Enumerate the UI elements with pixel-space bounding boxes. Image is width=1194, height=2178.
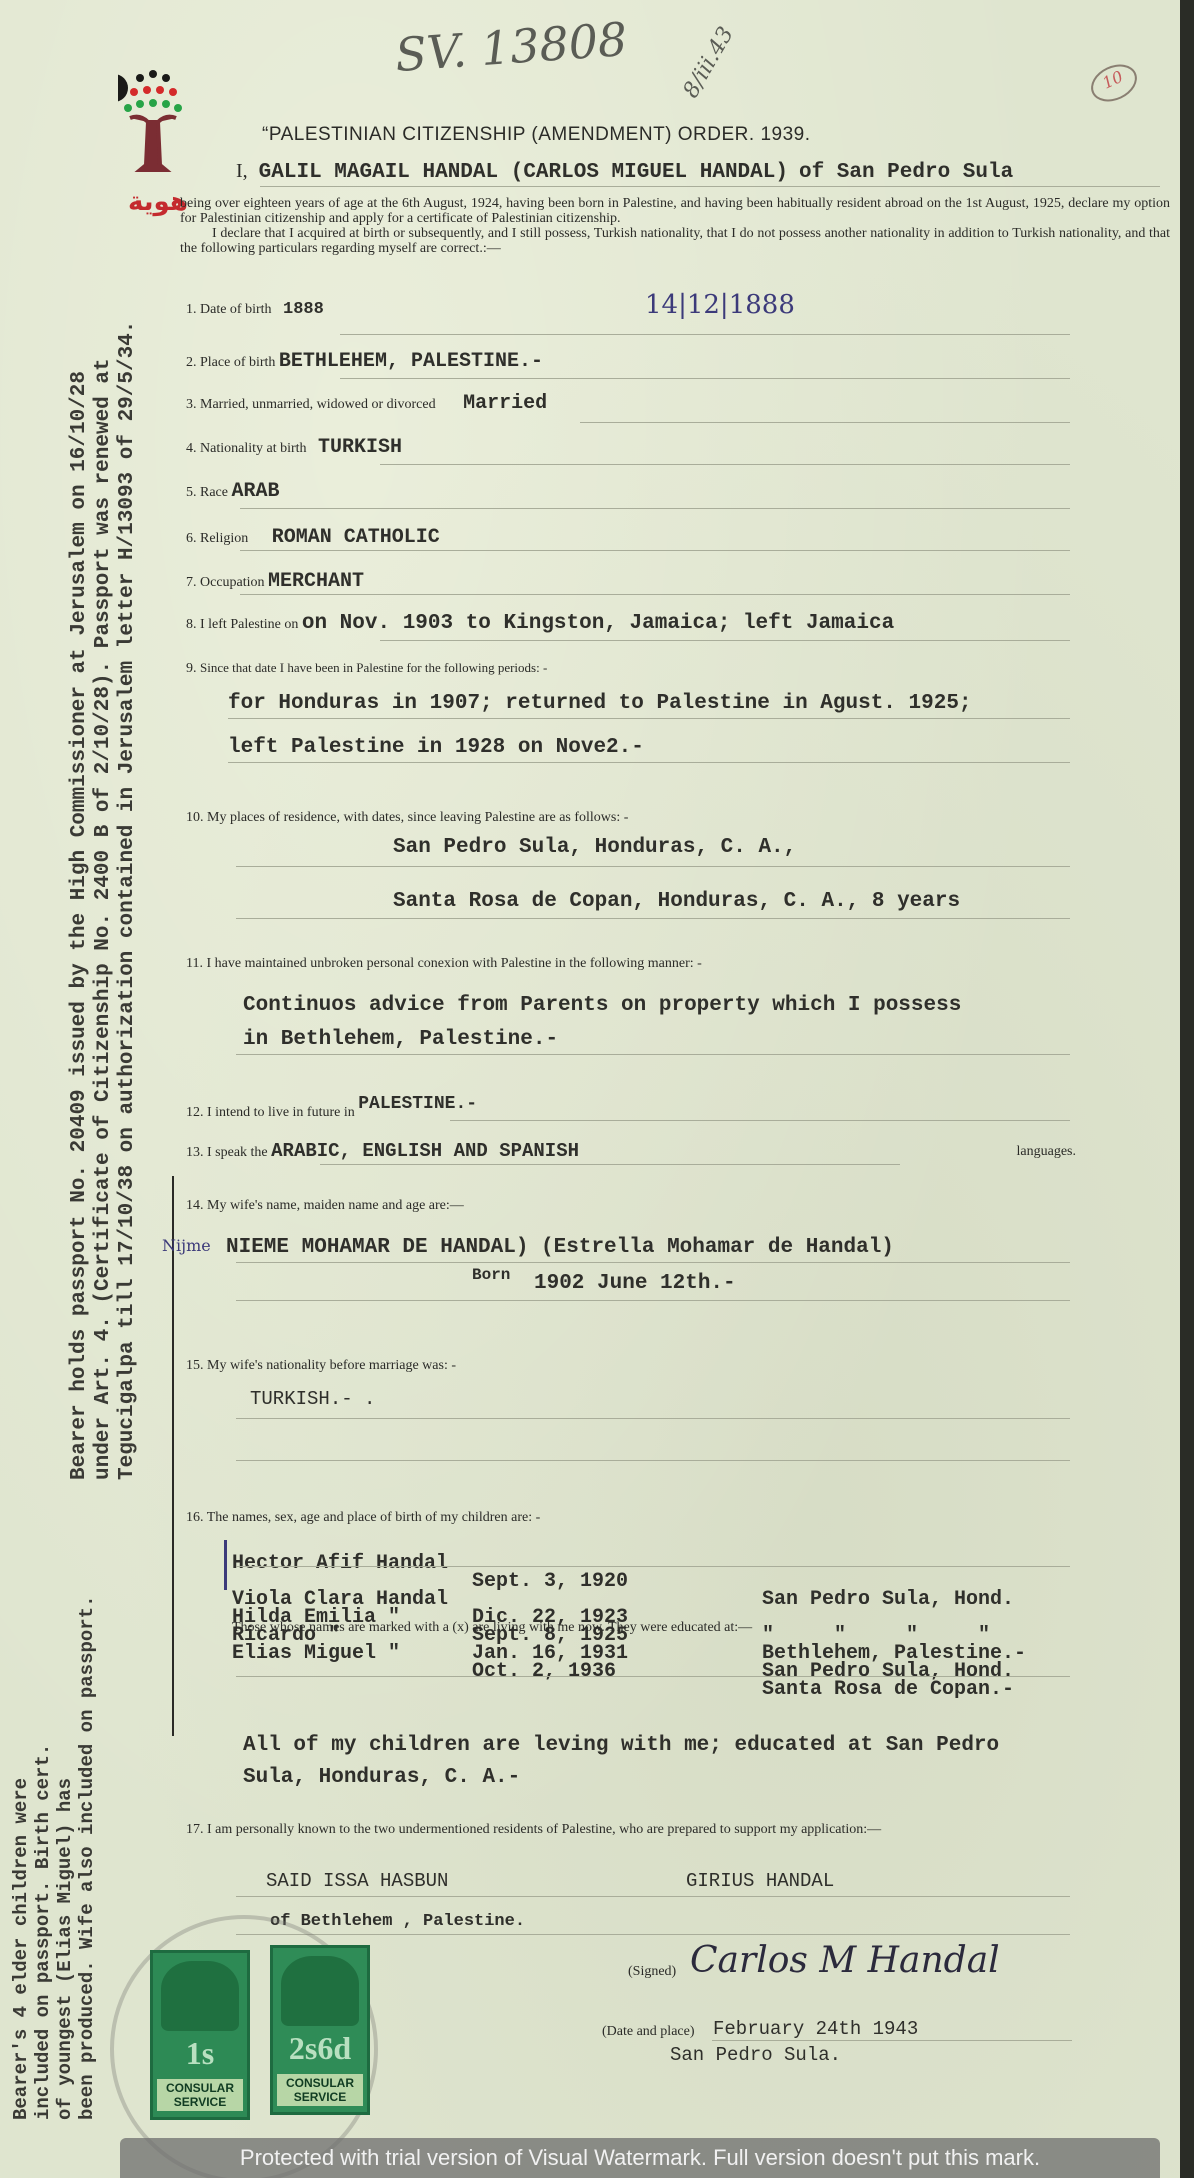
revenue-stamp-2s6d: 2s6d CONSULAR SERVICE [270,1945,370,2115]
rule [236,866,1070,867]
conexion-line-2: in Bethlehem, Palestine.- [243,1028,558,1051]
wife-handwritten-name: Nijme [162,1236,211,1255]
religion-value: ROMAN CATHOLIC [272,526,440,549]
field-marital-status: 3. Married, unmarried, widowed or divorc… [186,392,547,415]
rule [236,1262,1070,1263]
child-row: Hector Afif Handal Sept. 3, 1920 San Ped… [232,1537,304,1573]
occupation-value: MERCHANT [268,570,364,593]
field-date-of-birth: 1. Date of birth 1888 [186,300,324,319]
periods-line-2: left Palestine in 1928 on Nove2.- [228,736,644,759]
field-languages: 13. I speak the ARABIC, ENGLISH AND SPAN… [186,1140,1076,1162]
referee-2: GIRIUS HANDAL [686,1870,834,1892]
rule [240,594,1070,595]
page-edge [1180,0,1194,2178]
field-wife-nationality: 15. My wife's nationality before marriag… [186,1358,456,1374]
tree-logo-icon: هوية [118,70,188,230]
field-referees: 17. I am personally known to the two und… [186,1822,1066,1838]
rule [340,378,1070,379]
top-initial-annotation: 8/iii.43 [679,23,739,103]
field-left-palestine: 8. I left Palestine on on Nov. 1903 to K… [186,612,894,635]
rule [236,1676,1070,1677]
referee-1: SAID ISSA HASBUN [266,1870,448,1892]
wife-born-label: Born [472,1266,510,1284]
race-value: ARAB [231,480,279,503]
field-personal-conexion: 11. I have maintained unbroken personal … [186,956,702,972]
left-bracket-line [172,1176,174,1736]
intro-paragraphs: being over eighteen years of age at the … [180,196,1170,256]
rule [236,1460,1070,1461]
margin-note-children: Bearer's 4 elder children were included … [10,1596,98,2121]
rule [236,1896,1070,1897]
rule [380,464,1070,465]
top-reference-annotation: SV. 13808 [393,12,628,82]
child-row: Viola Clara Handal Dic. 22, 1923 " " " " [232,1573,304,1591]
rule [236,1054,1070,1055]
field-religion: 6. Religion ROMAN CATHOLIC [186,526,440,549]
rule [236,1934,1070,1935]
left-palestine-value: on Nov. 1903 to Kingston, Jamaica; left … [302,612,894,635]
residence-line-1: San Pedro Sula, Honduras, C. A., [393,836,796,859]
rule [236,918,1070,919]
marital-status-value: Married [463,392,547,415]
intro-paragraph-2: I declare that I acquired at birth or su… [180,226,1170,256]
children-note: Those whose names are marked with a (x) … [232,1620,752,1636]
date-value: February 24th 1943 [713,2018,918,2040]
children-education-line-1: All of my children are leving with me; e… [243,1734,999,1757]
rule [236,1418,1070,1419]
wife-born-value: 1902 June 12th.- [534,1272,736,1295]
date-place-label: (Date and place) [602,2024,695,2040]
rule [228,762,1070,763]
field-periods-in-palestine: 9. Since that date I have been in Palest… [186,660,547,677]
signed-label: (Signed) [628,1964,676,1980]
referees-of: of Bethlehem , Palestine. [270,1912,525,1931]
king-portrait-icon [161,1961,239,2031]
signature: Carlos M Handal [690,1940,1000,1981]
children-education-line-2: Sula, Honduras, C. A.- [243,1766,520,1789]
revenue-stamp-1s: 1s CONSULAR SERVICE [150,1950,250,2120]
declarant-prefix: I, [236,160,248,182]
declarant-line: I, GALIL MAGAIL HANDAL (CARLOS MIGUEL HA… [236,160,1013,184]
child-row: Hilda Emilia " Sept. 8, 1925 Bethlehem, … [232,1591,304,1609]
document-title: “PALESTINIAN CITIZENSHIP (AMENDMENT) ORD… [262,124,811,146]
rule [236,1300,1070,1301]
rule [340,334,1070,335]
field-children: 16. The names, sex, age and place of bir… [186,1510,540,1526]
field-place-of-birth: 2. Place of birth BETHLEHEM, PALESTINE.- [186,350,543,373]
nationality-at-birth-value: TURKISH [318,436,402,459]
field-occupation: 7. Occupation MERCHANT [186,570,364,593]
field-race: 5. Race ARAB [186,480,280,503]
svg-text:هوية: هوية [128,187,188,217]
declarant-of: of San Pedro Sula [799,161,1013,184]
periods-line-1: for Honduras in 1907; returned to Palest… [228,692,972,715]
field-nationality-at-birth: 4. Nationality at birth TURKISH [186,436,402,459]
children-bracket [224,1540,227,1590]
date-of-birth-value: 1888 [283,300,324,319]
field-intend-to-live: 12. I intend to live in future in PALEST… [186,1102,477,1122]
watermark-banner: Protected with trial version of Visual W… [120,2138,1160,2178]
wife-nationality-value: TURKISH.- . [250,1388,375,1410]
place-of-birth-value: BETHLEHEM, PALESTINE.- [279,350,543,373]
rule [380,640,1070,641]
rule [580,422,1070,423]
rule [712,2040,1072,2041]
page-number-circle: 10 [1085,57,1143,108]
intend-to-live-value: PALESTINE.- [358,1094,477,1114]
rule [450,1120,1070,1121]
conexion-line-1: Continuos advice from Parents on propert… [243,994,961,1017]
rule [236,1566,1070,1567]
declarant-name: GALIL MAGAIL HANDAL (CARLOS MIGUEL HANDA… [259,161,788,184]
margin-note-passport: Bearer holds passport No. 20409 issued b… [68,321,140,1480]
rule [260,186,1160,187]
rule [240,550,1070,551]
place-value: San Pedro Sula. [670,2044,841,2066]
residence-line-2: Santa Rosa de Copan, Honduras, C. A., 8 … [393,890,960,913]
field-wife-name: 14. My wife's name, maiden name and age … [186,1198,464,1214]
languages-value: ARABIC, ENGLISH AND SPANISH [271,1140,579,1162]
rule [240,508,1070,509]
rule [320,1164,900,1165]
wife-name-line-1: NIEME MOHAMAR DE HANDAL) (Estrella Moham… [226,1236,894,1259]
document-page: SV. 13808 8/iii.43 10 هوية “PALESTINIAN … [0,0,1180,2178]
field-places-of-residence: 10. My places of residence, with dates, … [186,810,628,826]
date-of-birth-handwritten: 14|12|1888 [645,290,795,320]
rule [228,718,1070,719]
king-portrait-icon [281,1956,359,2026]
languages-suffix: languages. [1017,1144,1076,1160]
intro-paragraph-1: being over eighteen years of age at the … [180,196,1170,226]
